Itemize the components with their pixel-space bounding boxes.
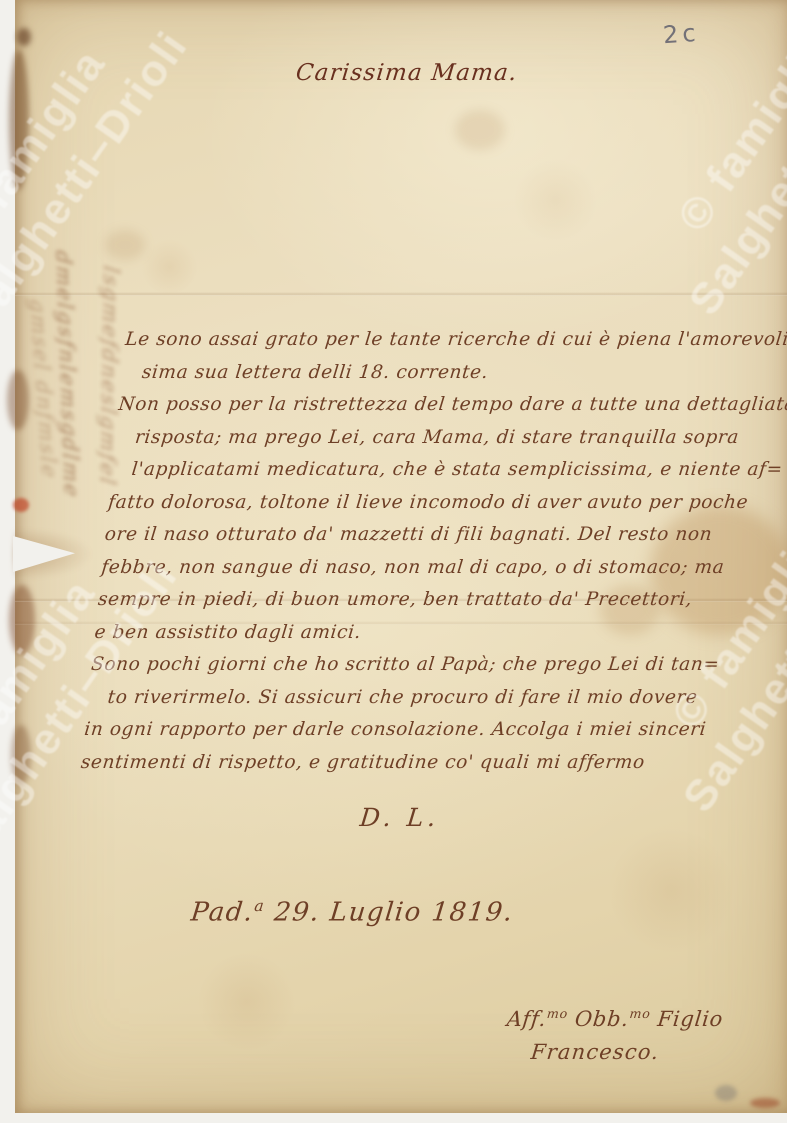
stain-upper-left (105, 230, 145, 260)
ink-showthrough: dmelgsfnlemsgdlme (51, 249, 84, 499)
signature-name: Francesco. (530, 1040, 661, 1064)
torn-notch (13, 536, 75, 572)
fold-crease-upper (15, 292, 787, 296)
letter-line: sempre in piedi, di buon umore, ben trat… (96, 584, 787, 617)
ink-showthrough: lsgmefdneslgmfel (95, 264, 123, 488)
pencil-smudge-bottom (715, 1085, 737, 1101)
stain-left-mid2 (9, 585, 35, 655)
letter-line: febbre, non sangue di naso, non mal di c… (100, 552, 787, 585)
letter-line: l'applicatami medicatura, che è stata se… (110, 454, 787, 487)
letter-line: to riverirmelo. Si assicuri che procuro … (86, 682, 779, 715)
letter-line: e ben assistito dagli amici. (93, 617, 786, 650)
fold-crease-mid2 (15, 621, 787, 625)
signature-closing: Aff.mo Obb.mo Figlio (506, 1006, 725, 1031)
dateline: Pad.a 29. Luglio 1819. (189, 897, 515, 928)
letter-line: sima sua lettera delli 18. corrente. (120, 357, 787, 390)
letter-line: Le sono assai grato per le tante ricerch… (124, 324, 787, 357)
red-mark-bottom-right (750, 1098, 780, 1108)
stain-right-large (650, 505, 787, 635)
letter-line: ore il naso otturato da' mazzetti di fil… (103, 519, 787, 552)
letter-line: Non posso per la ristrettezza del tempo … (117, 389, 787, 422)
stain-left-low (11, 725, 31, 785)
stain-right-small (600, 585, 660, 635)
letter-line: in ogni rapporto per darle consolazione.… (83, 714, 776, 747)
letter-line: Sono pochi giorni che ho scritto al Papà… (89, 649, 782, 682)
ink-showthrough: gmsel dnfmsle (25, 298, 62, 480)
letter-line: fatto dolorosa, toltone il lieve incomod… (107, 487, 787, 520)
fold-crease-mid1 (15, 598, 787, 602)
salutation: Carissima Mama. (295, 60, 519, 86)
pencil-page-number: 2c (662, 19, 700, 49)
initials: D. L. (358, 803, 441, 832)
photo-of-letter: dmelgsfnlemsgdlme lsgmefdneslgmfel gmsel… (0, 0, 787, 1123)
letter-line: risposta; ma prego Lei, cara Mama, di st… (113, 422, 787, 455)
letter-line: sentimenti di rispetto, e gratitudine co… (79, 747, 772, 780)
stain-top-mid (455, 110, 505, 150)
stain-left-edge-top (9, 50, 29, 190)
stain-corner-spot (17, 28, 31, 46)
red-wax-spot (13, 498, 29, 512)
tear-shadow (13, 528, 93, 580)
letter-body: Le sono assai grato per le tante ricerch… (79, 324, 787, 779)
letter-paper: dmelgsfnlemsgdlme lsgmefdneslgmfel gmsel… (15, 0, 787, 1113)
stain-left-mid1 (7, 370, 29, 430)
